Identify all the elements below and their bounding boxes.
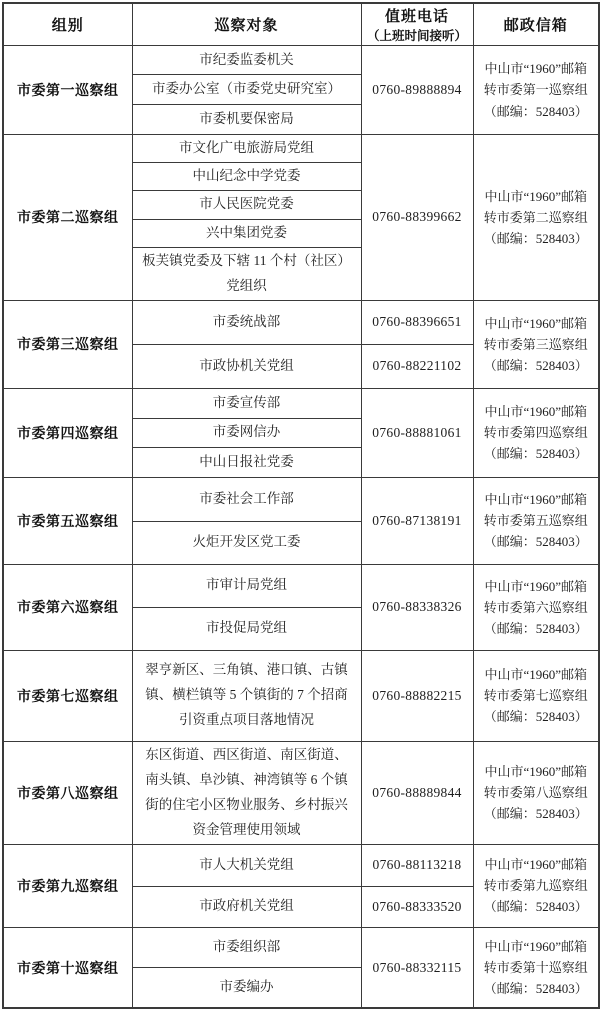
target-cell: 市文化广电旅游局党组 (132, 135, 361, 163)
target-cell: 市委社会工作部 (132, 477, 361, 521)
mailbox-cell: 中山市“1960”邮箱转市委第三巡察组（邮编：528403） (473, 300, 599, 388)
target-cell: 兴中集团党委 (132, 219, 361, 247)
target-cell: 市委机要保密局 (132, 105, 361, 135)
target-cell: 市政协机关党组 (132, 344, 361, 388)
target-cell: 市审计局党组 (132, 564, 361, 607)
table-row: 市委第八巡察组 东区街道、西区街道、南区街道、南头镇、阜沙镇、神湾镇等 6 个镇… (3, 741, 599, 844)
phone-cell: 0760-88221102 (361, 344, 473, 388)
table-row: 市委第十巡察组 市委组织部 0760-88332115 中山市“1960”邮箱转… (3, 927, 599, 967)
target-cell: 市人民医院党委 (132, 190, 361, 219)
target-cell: 市政府机关党组 (132, 886, 361, 927)
mailbox-cell: 中山市“1960”邮箱转市委第六巡察组（邮编：528403） (473, 564, 599, 650)
target-cell: 中山日报社党委 (132, 447, 361, 477)
mailbox-cell: 中山市“1960”邮箱转市委第五巡察组（邮编：528403） (473, 477, 599, 564)
phone-cell: 0760-87138191 (361, 477, 473, 564)
target-cell: 板芙镇党委及下辖 11 个村（社区）党组织 (132, 247, 361, 300)
phone-cell: 0760-88338326 (361, 564, 473, 650)
phone-cell: 0760-88399662 (361, 135, 473, 301)
group-name-cell: 市委第九巡察组 (3, 844, 132, 927)
phone-cell: 0760-88113218 (361, 844, 473, 886)
group-name-cell: 市委第二巡察组 (3, 135, 132, 301)
mailbox-cell: 中山市“1960”邮箱转市委第八巡察组（邮编：528403） (473, 741, 599, 844)
target-cell: 市委宣传部 (132, 388, 361, 418)
group-name-cell: 市委第十巡察组 (3, 927, 132, 1008)
target-cell: 市委统战部 (132, 300, 361, 344)
target-cell: 市纪委监委机关 (132, 46, 361, 75)
target-cell: 市委编办 (132, 967, 361, 1008)
table-row: 市委第九巡察组 市人大机关党组 0760-88113218 中山市“1960”邮… (3, 844, 599, 886)
table-row: 市委第三巡察组 市委统战部 0760-88396651 中山市“1960”邮箱转… (3, 300, 599, 344)
table-row: 市委第二巡察组 市文化广电旅游局党组 0760-88399662 中山市“196… (3, 135, 599, 163)
header-mailbox: 邮政信箱 (473, 3, 599, 46)
header-group: 组别 (3, 3, 132, 46)
group-name-cell: 市委第一巡察组 (3, 46, 132, 135)
phone-cell: 0760-88889844 (361, 741, 473, 844)
target-cell: 中山纪念中学党委 (132, 162, 361, 190)
table-row: 市委第六巡察组 市审计局党组 0760-88338326 中山市“1960”邮箱… (3, 564, 599, 607)
target-cell: 翠亨新区、三角镇、港口镇、古镇镇、横栏镇等 5 个镇街的 7 个招商引资重点项目… (132, 650, 361, 741)
target-cell: 市投促局党组 (132, 607, 361, 650)
phone-cell: 0760-88333520 (361, 886, 473, 927)
table-header-row: 组别 巡察对象 值班电话 （上班时间接听） 邮政信箱 (3, 3, 599, 46)
table-row: 市委第五巡察组 市委社会工作部 0760-87138191 中山市“1960”邮… (3, 477, 599, 521)
header-phone-title: 值班电话 (365, 5, 470, 26)
mailbox-cell: 中山市“1960”邮箱转市委第十巡察组（邮编：528403） (473, 927, 599, 1008)
group-name-cell: 市委第三巡察组 (3, 300, 132, 388)
target-cell: 市委办公室（市委党史研究室） (132, 75, 361, 105)
phone-cell: 0760-88396651 (361, 300, 473, 344)
phone-cell: 0760-88882215 (361, 650, 473, 741)
mailbox-cell: 中山市“1960”邮箱转市委第一巡察组（邮编：528403） (473, 46, 599, 135)
table-row: 市委第七巡察组 翠亨新区、三角镇、港口镇、古镇镇、横栏镇等 5 个镇街的 7 个… (3, 650, 599, 741)
target-cell: 市人大机关党组 (132, 844, 361, 886)
target-cell: 市委组织部 (132, 927, 361, 967)
header-phone-note: （上班时间接听） (365, 26, 470, 44)
target-cell: 东区街道、西区街道、南区街道、南头镇、阜沙镇、神湾镇等 6 个镇街的住宅小区物业… (132, 741, 361, 844)
header-phone: 值班电话 （上班时间接听） (361, 3, 473, 46)
phone-cell: 0760-88881061 (361, 388, 473, 477)
mailbox-cell: 中山市“1960”邮箱转市委第九巡察组（邮编：528403） (473, 844, 599, 927)
phone-cell: 0760-88332115 (361, 927, 473, 1008)
group-name-cell: 市委第六巡察组 (3, 564, 132, 650)
target-cell: 火炬开发区党工委 (132, 521, 361, 564)
mailbox-cell: 中山市“1960”邮箱转市委第二巡察组（邮编：528403） (473, 135, 599, 301)
inspection-groups-table: 组别 巡察对象 值班电话 （上班时间接听） 邮政信箱 市委第一巡察组 市纪委监委… (2, 2, 600, 1009)
phone-cell: 0760-89888894 (361, 46, 473, 135)
group-name-cell: 市委第四巡察组 (3, 388, 132, 477)
mailbox-cell: 中山市“1960”邮箱转市委第四巡察组（邮编：528403） (473, 388, 599, 477)
target-cell: 市委网信办 (132, 418, 361, 447)
table-row: 市委第四巡察组 市委宣传部 0760-88881061 中山市“1960”邮箱转… (3, 388, 599, 418)
mailbox-cell: 中山市“1960”邮箱转市委第七巡察组（邮编：528403） (473, 650, 599, 741)
header-targets: 巡察对象 (132, 3, 361, 46)
table-row: 市委第一巡察组 市纪委监委机关 0760-89888894 中山市“1960”邮… (3, 46, 599, 75)
group-name-cell: 市委第八巡察组 (3, 741, 132, 844)
group-name-cell: 市委第五巡察组 (3, 477, 132, 564)
group-name-cell: 市委第七巡察组 (3, 650, 132, 741)
